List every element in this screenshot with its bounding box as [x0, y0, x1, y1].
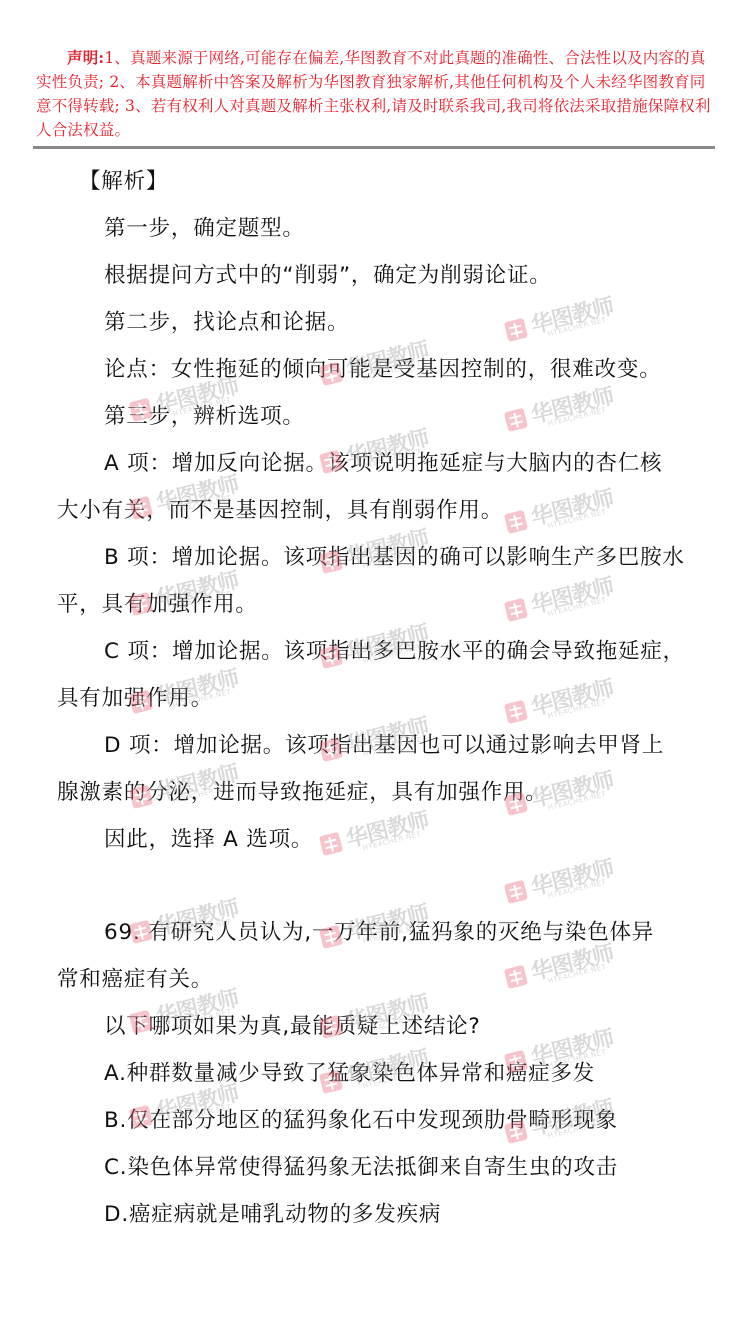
header-divider — [33, 146, 715, 149]
analysis-line: 第二步，找论点和论据。 — [57, 299, 717, 346]
option-b-analysis-cont: 平，具有加强作用。 — [57, 581, 717, 628]
disclaimer-label: 声明: — [67, 48, 104, 67]
option-c-analysis: C 项：增加论据。该项指出多巴胺水平的确会导致拖延症， — [57, 628, 717, 675]
argument-thesis: 论点：女性拖延的倾向可能是受基因控制的，很难改变。 — [57, 346, 717, 393]
option-b-analysis: B 项：增加论据。该项指出基因的确可以影响生产多巴胺水 — [57, 534, 717, 581]
option-a-analysis-cont: 大小有关，而不是基因控制，具有削弱作用。 — [57, 487, 717, 534]
option-a: A.种群数量减少导致了猛象染色体异常和癌症多发 — [57, 1050, 717, 1097]
analysis-conclusion: 因此，选择 A 选项。 — [57, 816, 717, 863]
question-stem-cont: 常和癌症有关。 — [57, 956, 717, 1003]
analysis-heading: 【解析】 — [57, 158, 717, 205]
option-a-analysis: A 项：增加反向论据。该项说明拖延症与大脑内的杏仁核 — [57, 440, 717, 487]
analysis-line: 根据提问方式中的“削弱”，确定为削弱论证。 — [57, 252, 717, 299]
question-stem: 69. 有研究人员认为,一万年前,猛犸象的灭绝与染色体异 — [57, 909, 717, 956]
question-prompt: 以下哪项如果为真,最能质疑上述结论? — [57, 1003, 717, 1050]
option-d-analysis: D 项：增加论据。该项指出基因也可以通过影响去甲肾上 — [57, 722, 717, 769]
section-gap — [57, 863, 717, 909]
option-d-analysis-cont: 腺激素的分泌，进而导致拖延症，具有加强作用。 — [57, 769, 717, 816]
analysis-line: 第一步，确定题型。 — [57, 205, 717, 252]
option-c: C.染色体异常使得猛犸象无法抵御来自寄生虫的攻击 — [57, 1144, 717, 1191]
option-d: D.癌症病就是哺乳动物的多发疾病 — [57, 1191, 717, 1238]
analysis-line: 第三步，辨析选项。 — [57, 393, 717, 440]
option-c-analysis-cont: 具有加强作用。 — [57, 675, 717, 722]
disclaimer-block: 声明:1、真题来源于网络,可能存在偏差,华图教育不对此真题的准确性、合法性以及内… — [36, 46, 716, 142]
option-b: B.仅在部分地区的猛犸象化石中发现颈肋骨畸形现象 — [57, 1097, 717, 1144]
document-body: 【解析】 第一步，确定题型。 根据提问方式中的“削弱”，确定为削弱论证。 第二步… — [57, 158, 717, 1238]
disclaimer-text: 1、真题来源于网络,可能存在偏差,华图教育不对此真题的准确性、合法性以及内容的真… — [36, 49, 711, 139]
